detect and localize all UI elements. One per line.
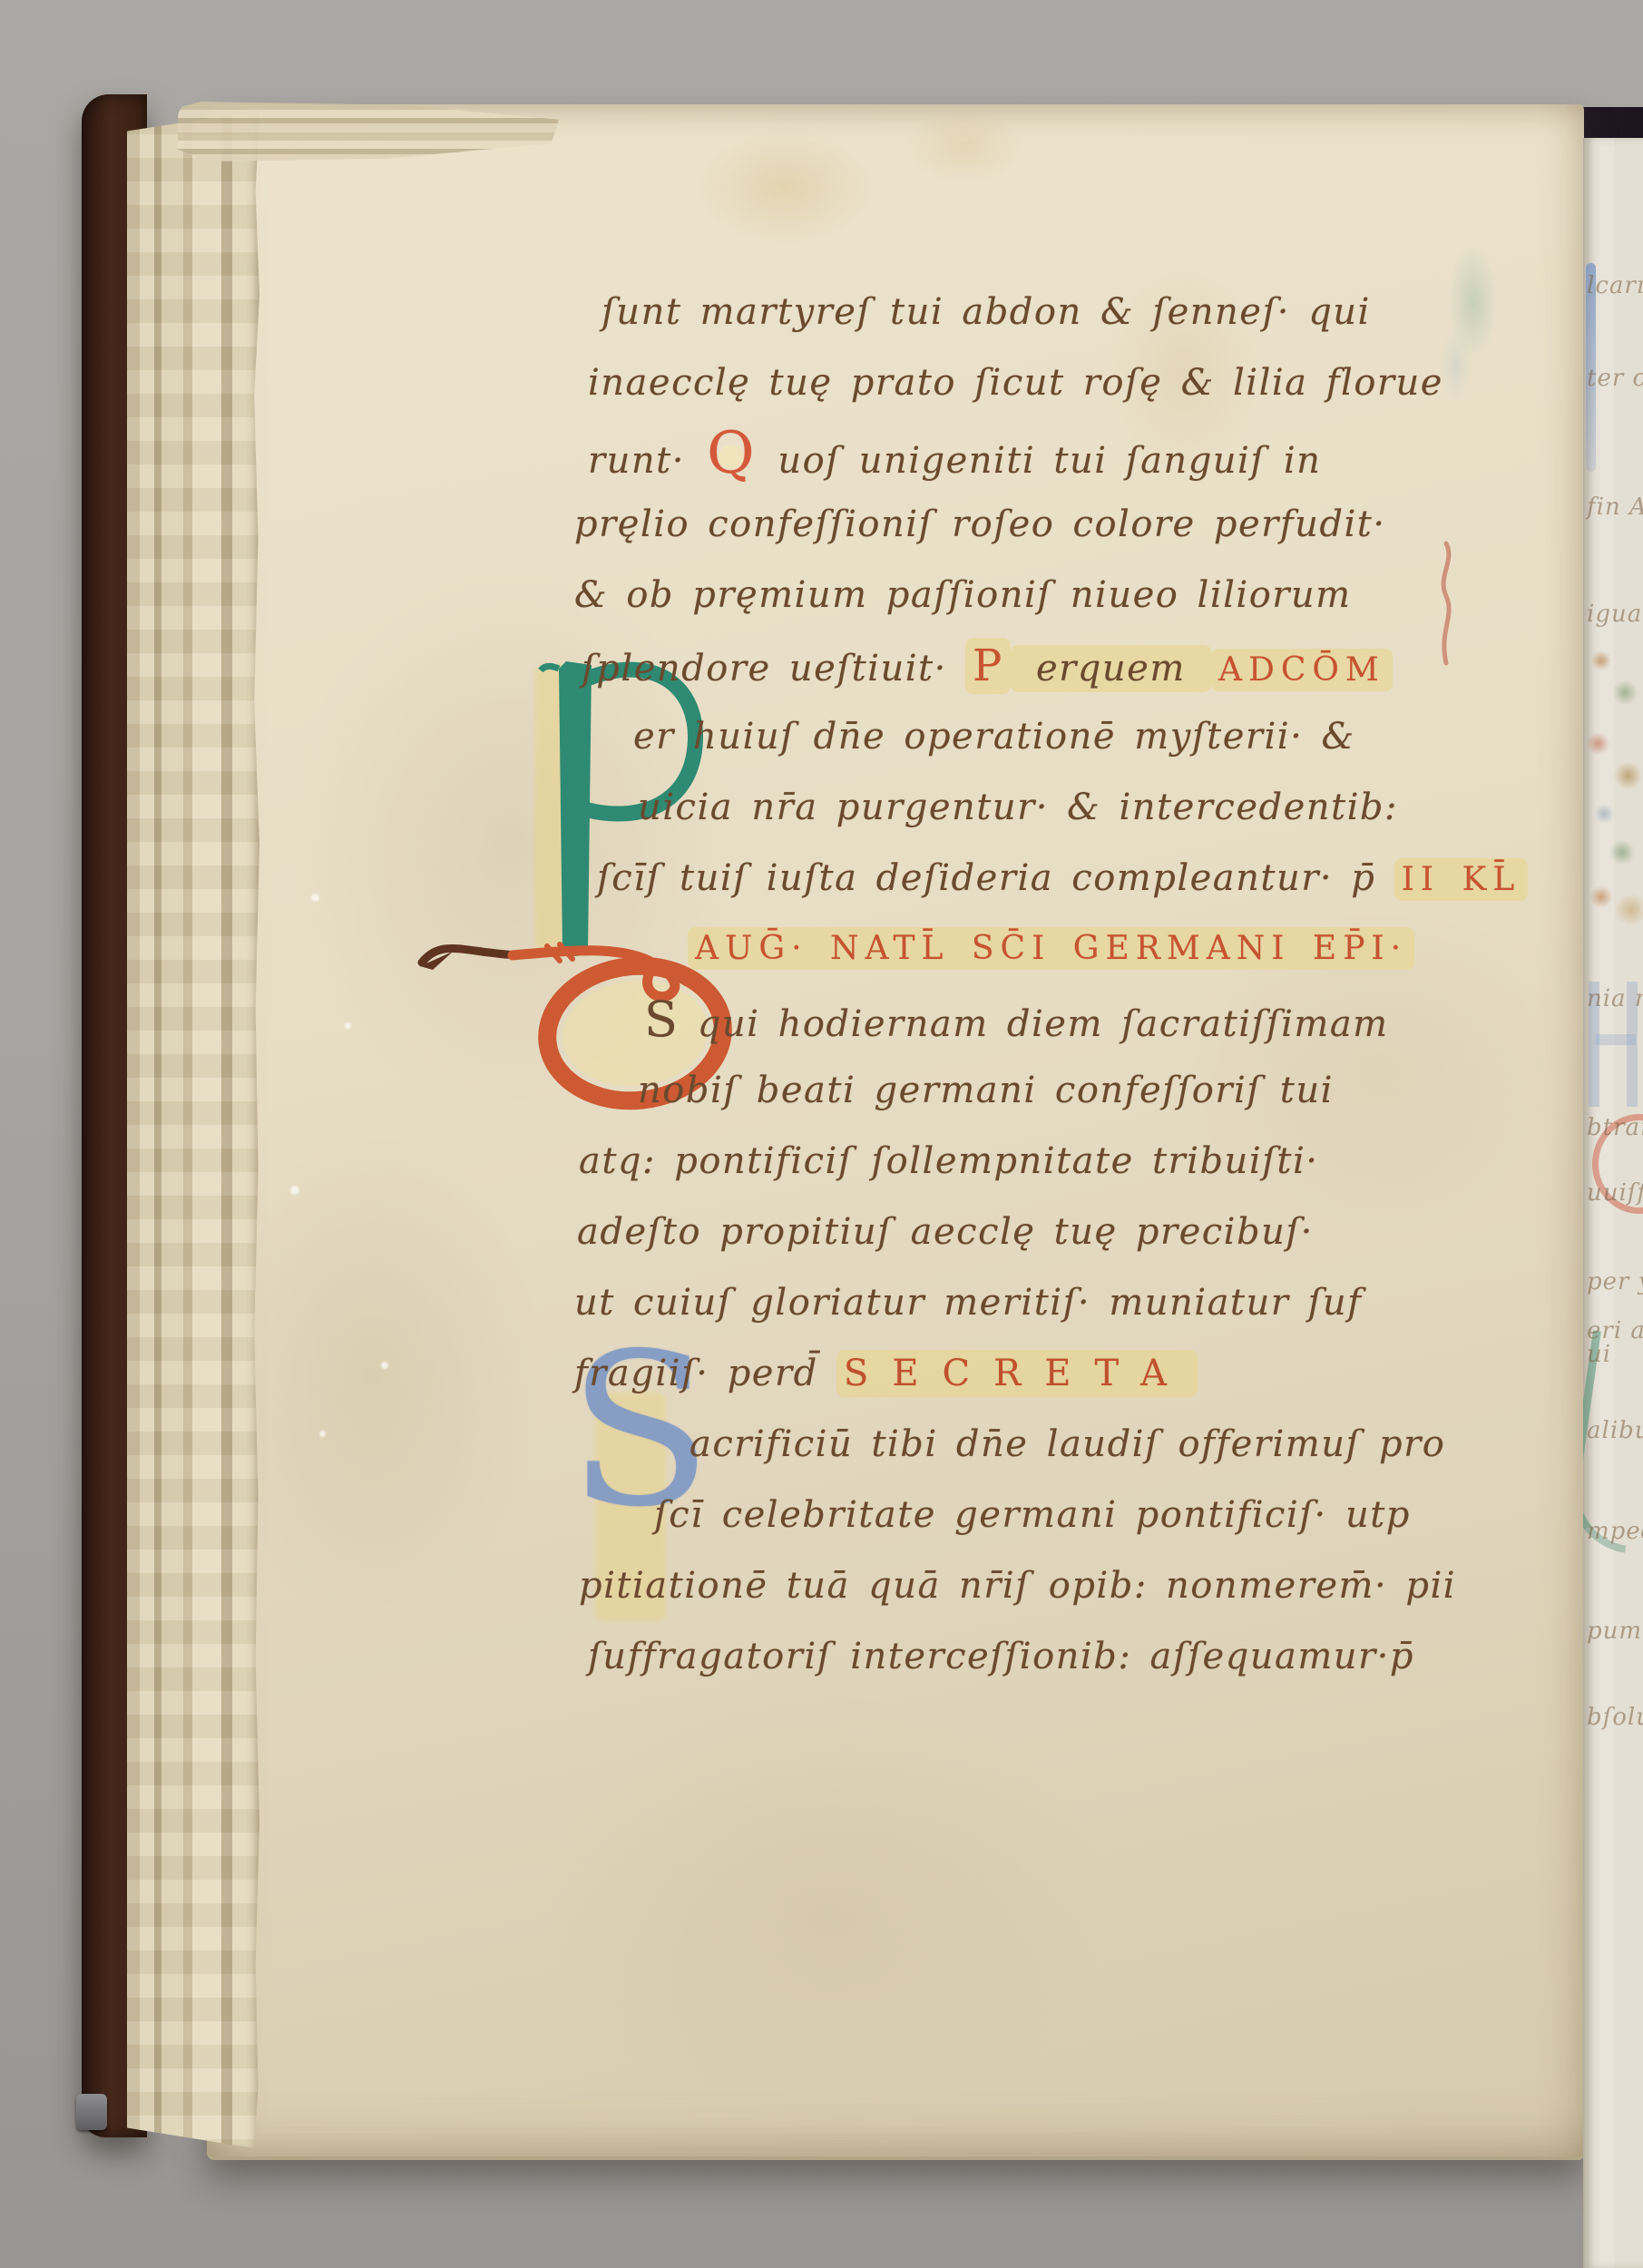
text-line: AUḠ· NATL̄ SC̄I GERMANI EP̄I· [688, 923, 1414, 981]
text-segment-ink: fragiiſ· perd̄ [574, 1353, 836, 1394]
clasp-fitting [76, 2094, 107, 2130]
photo-background: P O S ſun [0, 0, 1643, 2268]
text-line: ſuffragatoriſ interceſſionib: aſſequamur… [588, 1630, 1414, 1690]
facing-page-text-fragment: lcarıb [1587, 272, 1643, 299]
text-line: runt· Q uoſ unigeniti tui ſanguiſ in [588, 427, 1321, 494]
facing-page-text-fragment: mpedim [1587, 1518, 1643, 1545]
text-segment-ink: acrificiū tibi dn̄e laudiſ offerimuſ pro [689, 1423, 1445, 1465]
facing-page-text-fragment: eri augt̄m [1587, 1317, 1643, 1344]
text-segment-ink: ut cuiuſ gloriatur meritiſ· muniatur ſuf [574, 1282, 1362, 1324]
text-line: fragiiſ· perd̄ SECRETA [574, 1347, 1198, 1407]
facing-page-text-fragment: btram [1587, 1114, 1643, 1141]
text-segment-ink: ſcīſ tuiſ iuſta deſideria compleantur· p… [597, 857, 1394, 899]
text-block: ſunt martyreſ tui abdon & ſenneſ· quiina… [207, 104, 1584, 2156]
text-segment-ink: & ob pręmium paſſioniſ niueo liliorum [574, 574, 1352, 616]
facing-page-text-fragment: per y [1587, 1268, 1643, 1295]
text-segment-ink: adeſto propitiuſ aecclę tuę precibuſ· [577, 1211, 1314, 1253]
facing-page-edge: lcarıbter cofin Aciguamnia malabtramuuiſ… [1583, 138, 1643, 2268]
facing-page-text-fragment: ter co [1587, 365, 1643, 392]
text-segment-ink: ſplendore ueſtiuit· [582, 648, 965, 689]
text-segment-ink: runt· [588, 440, 703, 482]
text-line: uicia nr̄a purgentur· & intercedentib: [638, 781, 1398, 841]
text-segment-ink: uoſ unigeniti tui ſanguiſ in [759, 440, 1321, 482]
text-line: ut cuiuſ gloriatur meritiſ· muniatur ſuf [574, 1276, 1362, 1336]
text-line: ſcī celebritate germani pontificiſ· utp [654, 1489, 1411, 1549]
text-line: acrificiū tibi dn̄e laudiſ offerimuſ pro [689, 1418, 1445, 1478]
illuminated-initial-fragment [1583, 622, 1643, 942]
text-segment-ink: uicia nr̄a purgentur· & intercedentib: [638, 787, 1398, 828]
manuscript-page: P O S ſun [207, 104, 1584, 2156]
text-segment-ink: ſuffragatoriſ interceſſionib: aſſequamur… [588, 1636, 1414, 1677]
text-segment-ink: ſunt martyreſ tui abdon & ſenneſ· qui [601, 291, 1371, 333]
text-line: ſplendore ueſtiuit· P erquem ADCŌM [582, 640, 1393, 702]
text-segment-ink: atq: pontificiſ ſollempnitate tribuiſti· [579, 1140, 1319, 1182]
text-segment-cap: S [644, 991, 680, 1048]
facing-page-text-fragment: pum tri [1587, 1618, 1643, 1645]
text-segment-ink: er huiuſ dn̄e operationē myſterii· & [633, 716, 1355, 758]
text-segment-ink: erquem [1011, 645, 1211, 692]
text-line: inaecclę tuę prato ſicut roſę & lilia fl… [588, 357, 1443, 416]
text-segment-rubric-p: P [965, 638, 1011, 694]
text-segment-rubric-caps-sp: SECRETA [836, 1350, 1198, 1397]
text-line: ſunt martyreſ tui abdon & ſenneſ· qui [601, 286, 1371, 346]
text-line: nobiſ beati germani confeſſoriſ tui [638, 1064, 1334, 1124]
text-segment-ink: pręlio confeſſioniſ roſeo colore perfudi… [574, 503, 1386, 545]
text-segment-rubric-caps: II KL̄ [1394, 858, 1529, 901]
facing-page-text-fragment: fin Ac [1587, 494, 1643, 521]
facing-page-text-fragment: alibuſ [1587, 1417, 1643, 1444]
text-segment-rubric-caps: AUḠ· NATL̄ SC̄I GERMANI EP̄I· [688, 927, 1414, 970]
text-line: pręlio confeſſioniſ roſeo colore perfudi… [574, 498, 1386, 558]
text-line: ſcīſ tuiſ iuſta deſideria compleantur· p… [597, 852, 1528, 912]
text-segment-initial-q: Q [703, 420, 759, 487]
text-segment-ink: ſcī celebritate germani pontificiſ· utp [654, 1494, 1411, 1536]
facing-page-text-fragment: nia mala [1587, 985, 1643, 1012]
facing-page-text-fragment: iguam [1587, 601, 1643, 628]
facing-page-text-fragment: uuiſfic [1587, 1179, 1643, 1207]
text-line: & ob pręmium paſſioniſ niueo liliorum [574, 569, 1352, 629]
text-segment-ink: nobiſ beati germani confeſſoriſ tui [638, 1070, 1334, 1111]
text-segment-ink: inaecclę tuę prato ſicut roſę & lilia fl… [588, 362, 1443, 404]
text-segment-rubric-caps: ADCŌM [1211, 649, 1393, 691]
text-segment-ink: pitiationē tuā quā nr̄iſ opib: nonmerem̄… [579, 1565, 1456, 1607]
facing-page-text-fragment: bſolut eē [1587, 1704, 1643, 1731]
facing-page-text-fragment: ui [1587, 1341, 1611, 1368]
text-line: adeſto propitiuſ aecclę tuę precibuſ· [577, 1206, 1314, 1266]
text-segment-ink: qui hodiernam diem ſacratiſſimam [680, 1003, 1389, 1045]
text-line: atq: pontificiſ ſollempnitate tribuiſti· [579, 1135, 1319, 1195]
text-line: pitiationē tuā quā nr̄iſ opib: nonmerem̄… [579, 1559, 1456, 1619]
text-line: er huiuſ dn̄e operationē myſterii· & [633, 710, 1355, 770]
text-line: S qui hodiernam diem ſacratiſſimam [644, 993, 1389, 1058]
page-stack-edges [127, 111, 259, 2148]
